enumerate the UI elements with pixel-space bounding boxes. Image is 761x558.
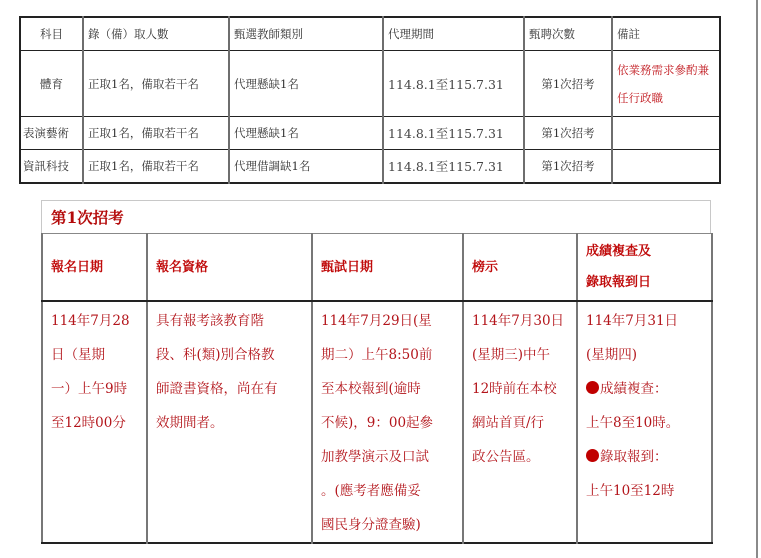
- header-announcement: 榜示: [463, 234, 577, 302]
- cell-note: [612, 117, 720, 150]
- cell-category: 代理懸缺1名: [229, 117, 383, 150]
- cell-round: 第1次招考: [524, 51, 612, 117]
- page-edge-divider: [756, 0, 758, 558]
- review-item1-label: 成績複查：: [600, 381, 668, 397]
- cell-category: 代理懸缺1名: [229, 51, 383, 117]
- cell-category: 代理借調缺1名: [229, 150, 383, 184]
- review-date: 114年7月31日: [586, 304, 711, 338]
- cell-quota: 正取1名，備取若干名: [83, 150, 229, 184]
- cell-period: 114.8.1至115.7.31: [383, 51, 524, 117]
- review-item-report: 錄取報到：: [586, 440, 711, 474]
- schedule-title: 第1次招考: [41, 200, 711, 233]
- header-quota: 錄（備）取人數: [83, 17, 229, 51]
- cell-round: 第1次招考: [524, 117, 612, 150]
- header-exam-date: 甄試日期: [312, 234, 463, 302]
- cell-period: 114.8.1至115.7.31: [383, 117, 524, 150]
- review-item-score: 成績複查：: [586, 372, 711, 406]
- schedule-section: 第1次招考 報名日期 報名資格 甄試日期 榜示 成績複查及 錄取報到日 114年…: [41, 200, 711, 544]
- review-weekday: (星期四): [586, 338, 711, 372]
- header-registration-date: 報名日期: [42, 234, 147, 302]
- header-note: 備註: [612, 17, 720, 51]
- cell-announcement: 114年7月30日 (星期三)中午 12時前在本校 網站首頁/行 政公告區。: [463, 301, 577, 543]
- review-item2-time: 上午10至12時: [586, 474, 711, 508]
- bullet-icon: [586, 449, 599, 462]
- cell-note: 依業務需求參酌兼任行政職: [612, 51, 720, 117]
- cell-exam-date: 114年7月29日(星 期二）上午8:50前 至本校報到(逾時 不候)，9：00…: [312, 301, 463, 543]
- cell-subject: 表演藝術: [20, 117, 83, 150]
- bullet-icon: [586, 381, 599, 394]
- table-row: 資訊科技 正取1名，備取若干名 代理借調缺1名 114.8.1至115.7.31…: [20, 150, 720, 184]
- schedule-header-row: 報名日期 報名資格 甄試日期 榜示 成績複查及 錄取報到日: [42, 234, 712, 302]
- cell-eligibility: 具有報考該教育階 段、科(類)別合格教 師證書資格，尚在有 效期間者。: [147, 301, 312, 543]
- review-item2-label: 錄取報到：: [600, 449, 668, 465]
- cell-note: [612, 150, 720, 184]
- header-period: 代理期間: [383, 17, 524, 51]
- cell-review: 114年7月31日 (星期四) 成績複查： 上午8至10時。 錄取報到： 上午1…: [577, 301, 712, 543]
- positions-table: 科目 錄（備）取人數 甄選教師類別 代理期間 甄聘次數 備註 體育 正取1名，備…: [19, 16, 721, 184]
- table-row: 體育 正取1名，備取若干名 代理懸缺1名 114.8.1至115.7.31 第1…: [20, 51, 720, 117]
- header-round: 甄聘次數: [524, 17, 612, 51]
- positions-header-row: 科目 錄（備）取人數 甄選教師類別 代理期間 甄聘次數 備註: [20, 17, 720, 51]
- header-subject: 科目: [20, 17, 83, 51]
- header-review: 成績複查及 錄取報到日: [577, 234, 712, 302]
- cell-quota: 正取1名，備取若干名: [83, 51, 229, 117]
- table-row: 表演藝術 正取1名，備取若干名 代理懸缺1名 114.8.1至115.7.31 …: [20, 117, 720, 150]
- header-category: 甄選教師類別: [229, 17, 383, 51]
- cell-period: 114.8.1至115.7.31: [383, 150, 524, 184]
- schedule-table: 報名日期 報名資格 甄試日期 榜示 成績複查及 錄取報到日 114年7月28 日…: [41, 233, 713, 544]
- cell-quota: 正取1名，備取若干名: [83, 117, 229, 150]
- cell-subject: 體育: [20, 51, 83, 117]
- header-eligibility: 報名資格: [147, 234, 312, 302]
- cell-subject: 資訊科技: [20, 150, 83, 184]
- cell-registration-date: 114年7月28 日（星期 一）上午9時 至12時00分: [42, 301, 147, 543]
- review-item1-time: 上午8至10時。: [586, 406, 711, 440]
- cell-round: 第1次招考: [524, 150, 612, 184]
- schedule-row: 114年7月28 日（星期 一）上午9時 至12時00分 具有報考該教育階 段、…: [42, 301, 712, 543]
